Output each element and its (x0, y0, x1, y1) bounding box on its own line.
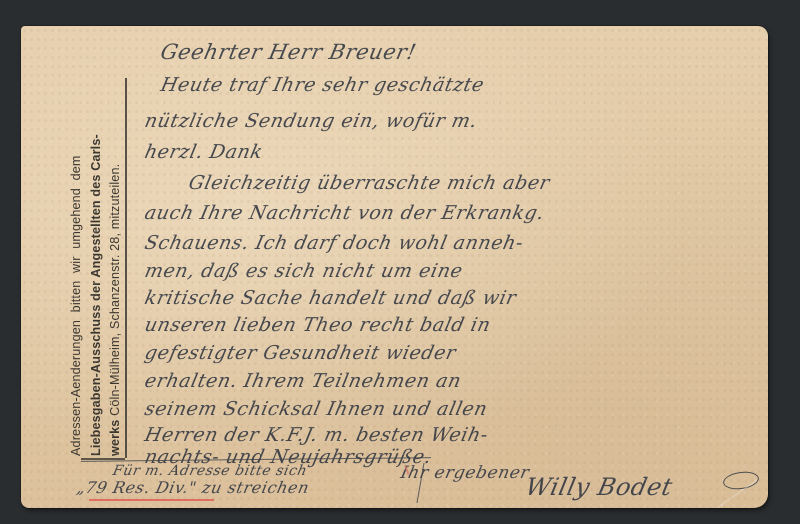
printed-address-notice: Adressen-Aenderungen bitten wir umgehend… (67, 76, 127, 456)
notice-line-1: Adressen-Aenderungen bitten wir umgehend… (67, 76, 87, 456)
red-pencil-underline (89, 499, 214, 501)
footnote-rest: " zu streichen (187, 478, 312, 497)
footnote-line-2: „79 Res. Div." zu streichen (75, 478, 311, 497)
letter-line: gefestigter Gesundheit wieder (143, 342, 459, 364)
printed-vertical-rule (125, 78, 127, 458)
letter-line: Heute traf Ihre sehr geschätzte (159, 74, 487, 96)
letter-line: unseren lieben Theo recht bald in (143, 314, 493, 336)
letter-line: kritische Sache handelt und daß wir (143, 287, 519, 309)
notice-line-3-bold: werks (108, 420, 122, 456)
footnote-unit: „79 Res. Div. (75, 478, 191, 497)
letter-line: Gleichzeitig überraschte mich aber (187, 172, 552, 194)
postcard: Adressen-Aenderungen bitten wir umgehend… (21, 26, 768, 508)
footnote-line-1: Für m. Adresse bitte sich (111, 463, 309, 479)
letter-line: auch Ihre Nachricht von der Erkrankg. (143, 202, 547, 224)
printed-horizontal-rule (81, 458, 125, 460)
letter-line: herzl. Dank (143, 141, 265, 163)
letter-line: erhalten. Ihrem Teilnehmen an (143, 370, 464, 392)
letter-line: men, daß es sich nicht um eine (143, 260, 465, 282)
notice-line-3: werks Cöln-Mülheim, Schanzenstr. 28, mit… (106, 76, 126, 456)
letter-line: nützliche Sendung ein, wofür m. (143, 110, 480, 132)
letter-line: Herren der K.F.J. m. besten Weih- (143, 424, 491, 446)
letter-line: Schauens. Ich darf doch wohl anneh- (143, 232, 526, 254)
signature: Willy Bodet (523, 473, 675, 501)
salutation: Geehrter Herr Breuer! (158, 40, 418, 64)
letter-line: seinem Schicksal Ihnen und allen (143, 398, 490, 420)
notice-line-2: Liebesgaben-Ausschuss der Angestellten d… (87, 76, 107, 456)
notice-line-3-rest: Cöln-Mülheim, Schanzenstr. 28, mitzuteil… (108, 164, 122, 420)
